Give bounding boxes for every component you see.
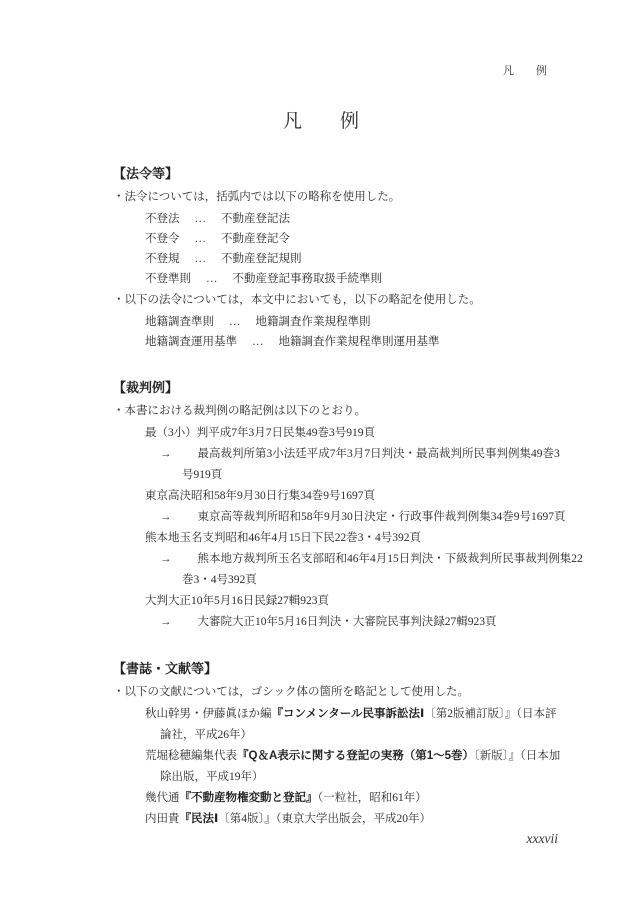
case-expansion: →大審院大正10年5月16日判決・大審院民事判決録27輯923頁 [113,612,573,633]
abbr: 地籍調査運用基準 [145,336,237,348]
case-citation: 大判大正10年5月16日民録27輯923頁 [113,591,573,612]
bibliography-entry: 秋山幹男・伊藤眞ほか編『コンメンタール民事訴訟法Ⅰ〔第2版補訂版〕』（日本評 [113,704,573,725]
section-cases: 【裁判例】 ・本書における裁判例の略記例は以下のとおり。 最（3小）判平成7年3… [113,376,573,633]
entry-publisher: （一粒社，昭和61年） [318,792,427,804]
case-expansion: →最高裁判所第3小法廷平成7年3月7日判決・最高裁判所民事判例集49巻3 [113,444,573,465]
full-name: 不動産登記法 [221,213,290,225]
case-expansion-text: 大審院大正10年5月16日判決・大審院民事判決録27輯923頁 [198,616,497,628]
ellipsis-separator: … [229,312,241,332]
case-expansion-text: 東京高等裁判所昭和58年9月30日決定・行政事件裁判例集34巻9号1697頁 [198,511,566,523]
ellipsis-separator: … [195,229,207,249]
document-page: 凡 例 凡 例 【法令等】 ・法令については，括弧内では以下の略称を使用した。 … [0,0,642,900]
abbr-term-row: 地籍調査準則…地籍調査作業規程準則 [113,312,573,332]
case-expansion: →東京高等裁判所昭和58年9月30日決定・行政事件裁判例集34巻9号1697頁 [113,507,573,528]
bibliography-entry: 内田貴『民法Ⅰ〔第4版〕』（東京大学出版会，平成20年） [113,809,573,830]
ellipsis-separator: … [195,249,207,269]
case-citation: 最（3小）判平成7年3月7日民集49巻3号919頁 [113,423,573,444]
bullet-line: ・以下の文献については，ゴシック体の箇所を略記として使用した。 [113,681,573,704]
right-arrow-icon: → [160,612,172,633]
entry-publisher: 〔第2版補訂版〕』（日本評 [424,708,556,720]
bullet-text: 本書における裁判例の略記例は以下のとおり。 [125,405,367,417]
ellipsis-separator: … [195,209,207,229]
content: 【法令等】 ・法令については，括弧内では以下の略称を使用した。 不登法…不動産登… [113,162,573,850]
entry-publisher: 〔第4版〕』（東京大学出版会，平成20年） [218,813,431,825]
bullet-marker: ・ [113,405,125,417]
entry-title-gothic: 『コンメンタール民事訴訟法Ⅰ [272,708,425,720]
bibliography-entry: 幾代通『不動産物権変動と登記』（一粒社，昭和61年） [113,788,573,809]
case-expansion-text: 熊本地方裁判所玉名支部昭和46年4月15日判決・下級裁判所民事裁判例集22 [198,553,583,565]
bullet-line: ・以下の法令については，本文中においても，以下の略記を使用した。 [113,289,573,312]
entry-title-gothic: 『不動産物権変動と登記』 [180,792,318,804]
full-name: 地籍調査作業規程準則 [256,316,371,328]
section-heading-bibliography: 【書誌・文献等】 [113,657,573,681]
case-expansion-continuation: 号919頁 [113,465,573,486]
right-arrow-icon: → [160,507,172,528]
entry-authors: 秋山幹男・伊藤眞ほか編 [145,708,272,720]
abbr: 地籍調査準則 [145,316,214,328]
entry-title-gothic: 『民法Ⅰ [180,813,219,825]
section-heading-cases: 【裁判例】 [113,376,573,400]
right-arrow-icon: → [160,444,172,465]
ellipsis-separator: … [206,269,218,289]
case-expansion-text: 最高裁判所第3小法廷平成7年3月7日判決・最高裁判所民事判例集49巻3 [198,448,560,460]
abbr-term-row: 不登法…不動産登記法 [113,209,573,229]
right-arrow-icon: → [160,549,172,570]
case-expansion-continuation: 巻3・4号392頁 [113,570,573,591]
section-heading-laws: 【法令等】 [113,162,573,186]
section-laws: 【法令等】 ・法令については，括弧内では以下の略称を使用した。 不登法…不動産登… [113,162,573,352]
bullet-line: ・本書における裁判例の略記例は以下のとおり。 [113,400,573,423]
abbr-term-row: 不登規…不動産登記規則 [113,249,573,269]
bullet-marker: ・ [113,294,125,306]
abbr-term-row: 不登令…不動産登記令 [113,229,573,249]
full-name: 不動産登記事務取扱手続準則 [233,273,383,285]
ellipsis-separator: … [252,332,264,352]
page-title: 凡 例 [0,106,642,133]
entry-publisher: 〔新版〕』（日本加 [474,750,560,762]
entry-authors: 幾代通 [145,792,180,804]
entry-authors: 荒堀稔穂編集代表 [145,750,237,762]
bullet-marker: ・ [113,191,125,203]
abbr: 不登準則 [145,273,191,285]
page-number: xxxvii [527,831,558,847]
bullet-text: 以下の法令については，本文中においても，以下の略記を使用した。 [125,294,481,306]
entry-authors: 内田貴 [145,813,180,825]
bullet-text: 法令については，括弧内では以下の略称を使用した。 [125,191,401,203]
abbr-term-row: 不登準則…不動産登記事務取扱手続準則 [113,269,573,289]
full-name: 地籍調査作業規程準則運用基準 [279,336,440,348]
case-citation: 熊本地玉名支判昭和46年4月15日下民22巻3・4号392頁 [113,528,573,549]
full-name: 不動産登記令 [221,233,290,245]
abbr: 不登令 [145,233,180,245]
abbr-term-row: 地籍調査運用基準…地籍調査作業規程準則運用基準 [113,332,573,352]
case-citation: 東京高決昭和58年9月30日行集34巻9号1697頁 [113,486,573,507]
abbr: 不登法 [145,213,180,225]
bibliography-entry: 荒堀稔穂編集代表『Q＆A表示に関する登記の実務（第1～5巻）〔新版〕』（日本加 [113,746,573,767]
entry-title-gothic: 『Q＆A表示に関する登記の実務（第1～5巻） [237,750,474,762]
running-header: 凡 例 [503,62,547,78]
case-expansion: →熊本地方裁判所玉名支部昭和46年4月15日判決・下級裁判所民事裁判例集22 [113,549,573,570]
section-bibliography: 【書誌・文献等】 ・以下の文献については，ゴシック体の箇所を略記として使用した。… [113,657,573,830]
bibliography-entry-continuation: 論社，平成26年） [113,725,573,746]
bullet-text: 以下の文献については，ゴシック体の箇所を略記として使用した。 [125,686,470,698]
bullet-marker: ・ [113,686,125,698]
bibliography-entry-continuation: 除出版，平成19年） [113,767,573,788]
full-name: 不動産登記規則 [221,253,302,265]
abbr: 不登規 [145,253,180,265]
bullet-line: ・法令については，括弧内では以下の略称を使用した。 [113,186,573,209]
